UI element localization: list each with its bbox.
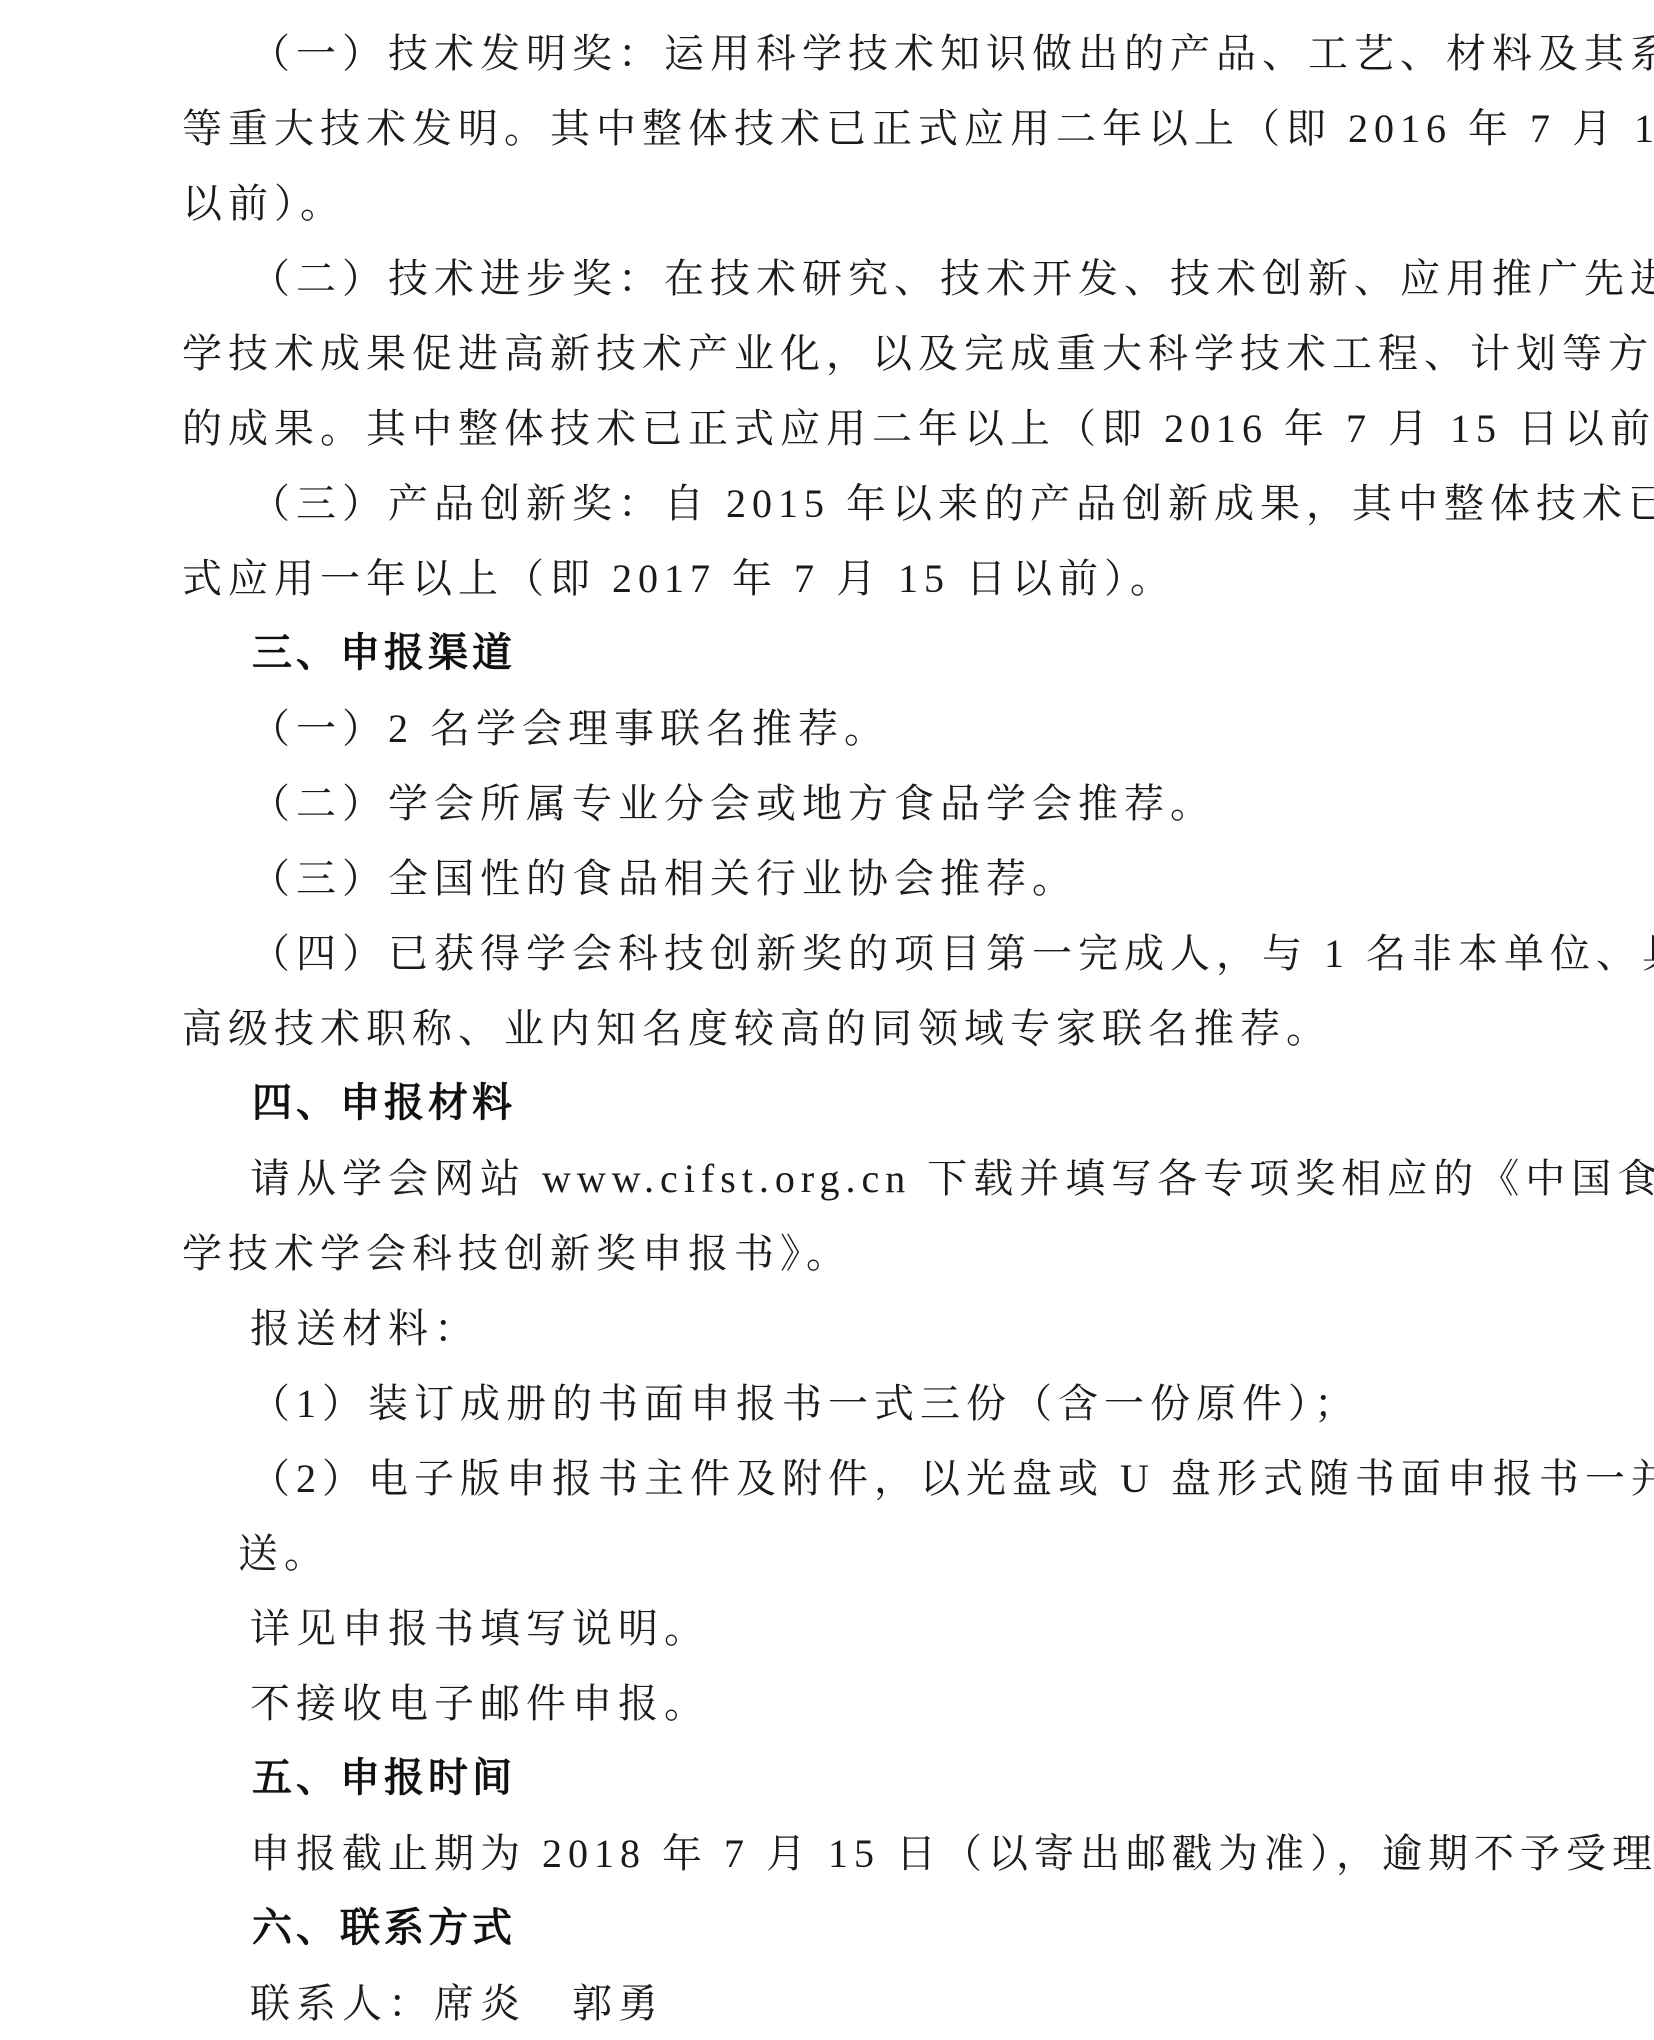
- text-line: 申报截止期为 2018 年 7 月 15 日（以寄出邮戳为准），逾期不予受理。: [182, 1816, 1484, 1891]
- text-line: （三）产品创新奖：自 2015 年以来的产品创新成果，其中整体技术已正: [182, 466, 1484, 541]
- text-line: 学技术成果促进高新技术产业化，以及完成重大科学技术工程、计划等方面: [182, 316, 1484, 391]
- text-line: 联系人：席炎 郭勇: [182, 1966, 1484, 2040]
- section-heading: 四、申报材料: [182, 1066, 1484, 1141]
- text-line: 详见申报书填写说明。: [182, 1591, 1484, 1666]
- text-line: （二）学会所属专业分会或地方食品学会推荐。: [182, 766, 1484, 841]
- section-heading: 六、联系方式: [182, 1891, 1484, 1966]
- document-page: （一）技术发明奖：运用科学技术知识做出的产品、工艺、材料及其系统等重大技术发明。…: [0, 0, 1654, 2040]
- text-line: （1）装订成册的书面申报书一式三份（含一份原件）；: [182, 1366, 1484, 1441]
- text-line: 请从学会网站 www.cifst.org.cn 下载并填写各专项奖相应的《中国食…: [182, 1141, 1484, 1216]
- text-line: 等重大技术发明。其中整体技术已正式应用二年以上（即 2016 年 7 月 15 …: [182, 91, 1484, 166]
- document-body: （一）技术发明奖：运用科学技术知识做出的产品、工艺、材料及其系统等重大技术发明。…: [182, 16, 1484, 2040]
- section-heading: 五、申报时间: [182, 1741, 1484, 1816]
- text-line: （2）电子版申报书主件及附件，以光盘或 U 盘形式随书面申报书一并寄: [182, 1441, 1484, 1516]
- text-line: （一）2 名学会理事联名推荐。: [182, 691, 1484, 766]
- text-line: （一）技术发明奖：运用科学技术知识做出的产品、工艺、材料及其系统: [182, 16, 1484, 91]
- section-heading: 三、申报渠道: [182, 616, 1484, 691]
- text-line: （四）已获得学会科技创新奖的项目第一完成人，与 1 名非本单位、具有: [182, 916, 1484, 991]
- text-line: （二）技术进步奖：在技术研究、技术开发、技术创新、应用推广先进科: [182, 241, 1484, 316]
- text-line: 高级技术职称、业内知名度较高的同领域专家联名推荐。: [182, 991, 1484, 1066]
- text-line: 的成果。其中整体技术已正式应用二年以上（即 2016 年 7 月 15 日以前）…: [182, 391, 1484, 466]
- text-line: 学技术学会科技创新奖申报书》。: [182, 1216, 1484, 1291]
- text-line: 式应用一年以上（即 2017 年 7 月 15 日以前）。: [182, 541, 1484, 616]
- text-line: 报送材料：: [182, 1291, 1484, 1366]
- text-line: 以前）。: [182, 166, 1484, 241]
- text-line: 送。: [182, 1516, 1484, 1591]
- text-line: （三）全国性的食品相关行业协会推荐。: [182, 841, 1484, 916]
- text-line: 不接收电子邮件申报。: [182, 1666, 1484, 1741]
